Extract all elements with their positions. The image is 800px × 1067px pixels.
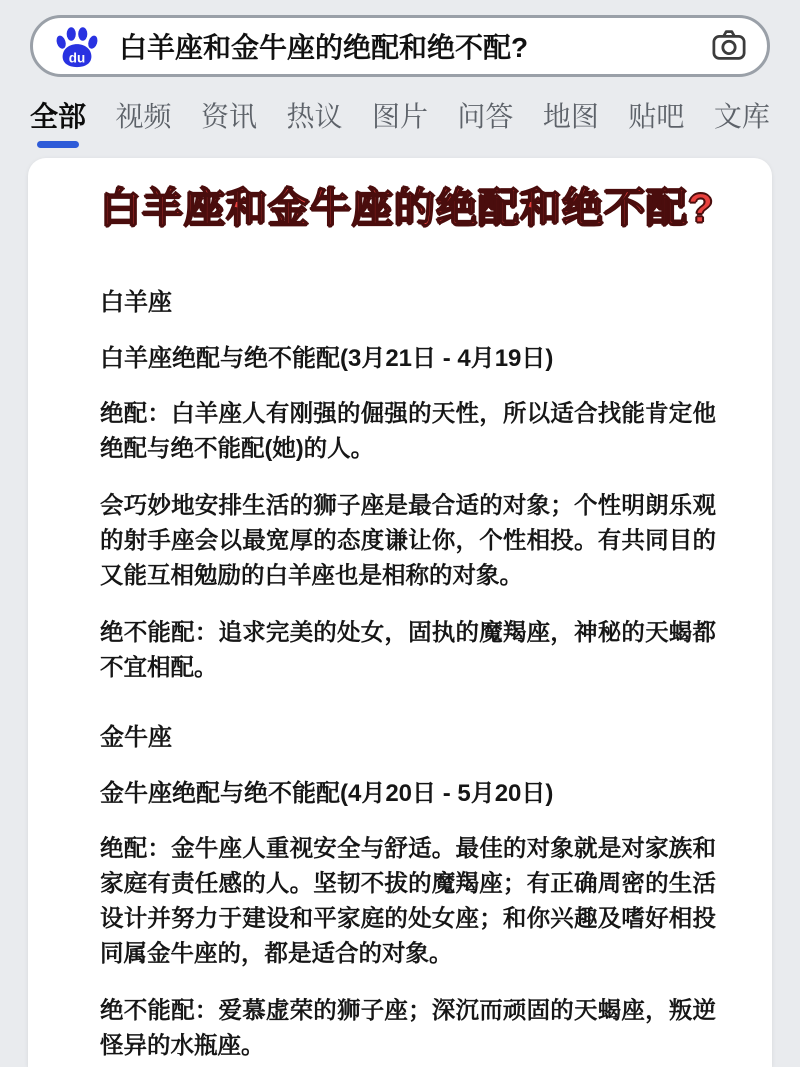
- tab-hot[interactable]: 热议: [286, 95, 342, 148]
- tab-images[interactable]: 图片: [372, 95, 428, 148]
- paragraph: 绝不能配：追求完美的处女，固执的魔羯座，神秘的天蝎都不宜相配。: [100, 615, 716, 685]
- camera-search-icon[interactable]: [707, 24, 751, 68]
- tab-video-label: 视频: [115, 101, 171, 132]
- article-title: 白羊座和金牛座的绝配和绝不配?: [100, 182, 714, 234]
- tab-wenku[interactable]: 文库: [714, 95, 770, 148]
- svg-text:du: du: [69, 50, 85, 65]
- tab-video[interactable]: 视频: [115, 95, 171, 148]
- tab-all-label: 全部: [30, 101, 86, 132]
- section-subheading: 金牛座绝配与绝不能配(4月20日 - 5月20日): [100, 779, 714, 809]
- tab-tieba[interactable]: 贴吧: [628, 95, 684, 148]
- search-bar[interactable]: du 白羊座和金牛座的绝配和绝不配?: [30, 15, 770, 77]
- section-heading: 金牛座: [100, 723, 714, 753]
- tab-all[interactable]: 全部: [30, 95, 86, 148]
- section-subheading: 白羊座绝配与绝不能配(3月21日 - 4月19日): [100, 344, 714, 374]
- section-aries: 白羊座 白羊座绝配与绝不能配(3月21日 - 4月19日) 绝配：白羊座人有刚强…: [100, 288, 714, 685]
- tab-map-label: 地图: [543, 101, 599, 132]
- tab-qa[interactable]: 问答: [457, 95, 513, 148]
- tab-news[interactable]: 资讯: [201, 95, 257, 148]
- tab-wenku-label: 文库: [714, 101, 770, 132]
- paragraph: 绝不能配：爱慕虚荣的狮子座；深沉而顽固的天蝎座，叛逆怪异的水瓶座。: [100, 993, 716, 1063]
- tab-qa-label: 问答: [457, 101, 513, 132]
- baidu-logo-icon[interactable]: du: [53, 22, 101, 70]
- section-taurus: 金牛座 金牛座绝配与绝不能配(4月20日 - 5月20日) 绝配：金牛座人重视安…: [100, 723, 714, 1063]
- section-heading: 白羊座: [100, 288, 714, 318]
- paragraph: 绝配：金牛座人重视安全与舒适。最佳的对象就是对家族和家庭有责任感的人。坚韧不拔的…: [100, 831, 716, 971]
- paragraph: 绝配：白羊座人有刚强的倔强的天性，所以适合找能肯定他绝配与绝不能配(她)的人。: [100, 396, 716, 466]
- result-image-card[interactable]: 白羊座和金牛座的绝配和绝不配? 白羊座 白羊座绝配与绝不能配(3月21日 - 4…: [28, 158, 772, 1067]
- search-query-text: 白羊座和金牛座的绝配和绝不配?: [119, 26, 707, 66]
- active-tab-underline: [37, 141, 79, 148]
- result-tabs: 全部 视频 资讯 热议 图片 问答 地图 贴吧 文库: [0, 95, 800, 148]
- tab-map[interactable]: 地图: [543, 95, 599, 148]
- tab-images-label: 图片: [372, 101, 428, 132]
- tab-news-label: 资讯: [201, 101, 257, 132]
- paragraph: 会巧妙地安排生活的狮子座是最合适的对象；个性明朗乐观的射手座会以最宽厚的态度谦让…: [100, 488, 716, 593]
- tab-hot-label: 热议: [286, 101, 342, 132]
- tab-tieba-label: 贴吧: [628, 101, 684, 132]
